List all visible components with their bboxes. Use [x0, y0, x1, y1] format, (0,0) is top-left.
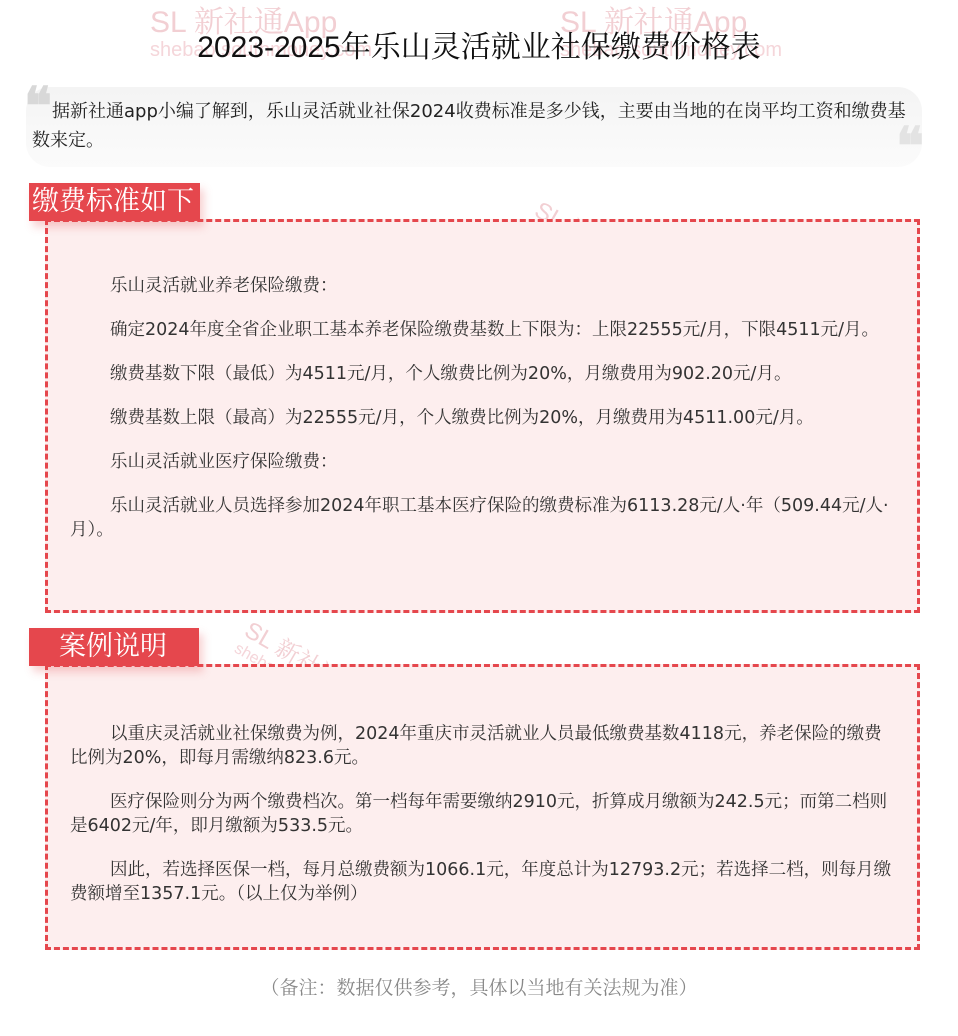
section-heading-standards: 缴费标准如下 — [29, 183, 200, 221]
section-box-example: 以重庆灵活就业社保缴费为例，2024年重庆市灵活就业人员最低缴费基数4118元，… — [45, 664, 920, 950]
paragraph: 缴费基数上限（最高）为22555元/月，个人缴费比例为20%，月缴费用为4511… — [70, 406, 895, 430]
intro-text: 据新社通app小编了解到，乐山灵活就业社保2024收费标准是多少钱，主要由当地的… — [32, 97, 912, 155]
paragraph: 乐山灵活就业医疗保险缴费： — [70, 450, 895, 474]
paragraph: 确定2024年度全省企业职工基本养老保险缴费基数上下限为：上限22555元/月，… — [70, 318, 895, 342]
section-heading-example: 案例说明 — [29, 628, 199, 666]
section-box-standards: 乐山灵活就业养老保险缴费： 确定2024年度全省企业职工基本养老保险缴费基数上下… — [45, 219, 920, 613]
paragraph: 以重庆灵活就业社保缴费为例，2024年重庆市灵活就业人员最低缴费基数4118元，… — [70, 722, 895, 770]
paragraph: 缴费基数下限（最低）为4511元/月，个人缴费比例为20%，月缴费用为902.2… — [70, 362, 895, 386]
page-title: 2023-2025年乐山灵活就业社保缴费价格表 — [0, 22, 958, 66]
paragraph: 医疗保险则分为两个缴费档次。第一档每年需要缴纳2910元，折算成月缴额为242.… — [70, 790, 895, 838]
intro-quote-box: ❝ ❝ 据新社通app小编了解到，乐山灵活就业社保2024收费标准是多少钱，主要… — [26, 87, 922, 167]
paragraph: 乐山灵活就业人员选择参加2024年职工基本医疗保险的缴费标准为6113.28元/… — [70, 494, 895, 542]
paragraph: 因此，若选择医保一档，每月总缴费额为1066.1元，年度总计为12793.2元；… — [70, 858, 895, 906]
paragraph: 乐山灵活就业养老保险缴费： — [70, 274, 895, 298]
footnote: （备注：数据仅供参考，具体以当地有关法规为准） — [0, 973, 958, 1000]
